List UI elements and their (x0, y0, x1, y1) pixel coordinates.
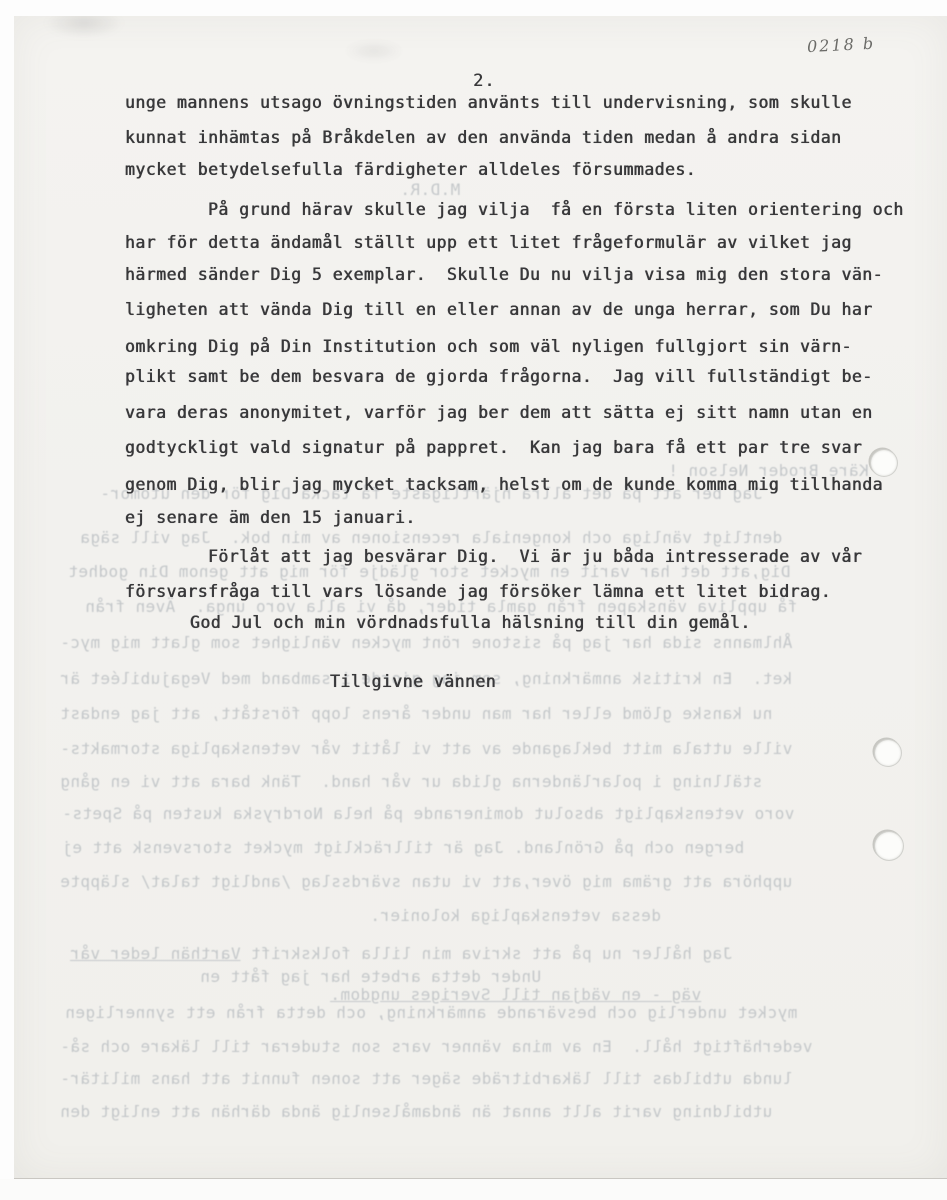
typed-line: vara deras anonymitet, varför jag ber de… (125, 403, 873, 422)
scan-smudge-above-page-number (344, 40, 404, 62)
scan-background-bottom (0, 1179, 947, 1200)
archival-number-handwritten: 0218 b (807, 31, 928, 56)
typed-line: omkring Dig på Din Institution och som v… (125, 337, 852, 356)
typed-line: Förlåt att jag besvärar Dig. Vi är ju bå… (208, 547, 862, 566)
typed-line: ej senare äm den 15 januari. (125, 508, 416, 527)
typed-line: På grund härav skulle jag vilja få en fö… (208, 200, 904, 219)
bleedthrough-ghost-line: lunda utbildas till läkarbiträde säger a… (60, 1069, 792, 1088)
bleedthrough-ghost-line: vederhäftigt håll. En av mina vänner var… (60, 1037, 812, 1056)
page-number: 2. (473, 71, 495, 91)
typed-line: försvarsfråga till vars lösande jag förs… (125, 582, 831, 601)
bleedthrough-ghost-line: mycket underlig och besvärande anmärknin… (65, 1003, 797, 1022)
punch-hole (870, 449, 898, 477)
bleedthrough-ghost-line: väg - en vädjan till Sveriges ungdom. (330, 985, 701, 1004)
typed-line: mycket betydelsefulla färdigheter alldel… (125, 160, 696, 179)
paper-sheet: M.D.R.Käre Broder Nelson !Jag ber att på… (14, 16, 947, 1179)
typed-line: kunnat inhämtas på Bråkdelen av den anvä… (125, 128, 842, 147)
bleedthrough-ghost-line: Jag håller nu på att skriva min lilla fo… (70, 944, 732, 963)
bleedthrough-ghost-line: ville uttala mitt beklagande av att vi l… (60, 739, 792, 758)
bleedthrough-ghost-line: Åhlmanns sida har jag på sistone rönt my… (60, 633, 792, 652)
typed-line: God Jul och min vördnadsfulla hälsning t… (190, 613, 751, 632)
typed-line: härmed sänder Dig 5 exemplar. Skulle Du … (125, 265, 883, 284)
bleedthrough-ghost-line: dessa vetenskapliga kolonier. (370, 906, 661, 925)
typed-line: plikt samt be dem besvara de gjorda fråg… (125, 367, 873, 386)
bleedthrough-ghost-line: Under detta arbete har jag fått en (200, 967, 541, 986)
scan-background-top (0, 0, 947, 16)
bleedthrough-ghost-line: voro vetenskapligt absolut dominerande p… (62, 804, 794, 823)
typed-line: ligheten att vända Dig till en eller ann… (125, 300, 873, 319)
bleedthrough-ghost-line: utbildning varit allt annat än ändamålse… (60, 1102, 772, 1121)
bleedthrough-ghost-line: M.D.R. (400, 180, 460, 199)
typed-line: genom Dig, blir jag mycket tacksam, hels… (125, 475, 883, 494)
bleedthrough-ghost-line: upphöra att gräma mig över,att vi utan s… (60, 872, 792, 891)
bleedthrough-ghost-line: nu kanske glömd eller har man under åren… (60, 704, 772, 723)
scan-background-left (0, 0, 14, 1200)
typed-line: har för detta ändamål ställt upp ett lit… (125, 233, 852, 252)
bleedthrough-ghost-line: dentligt vänliga och kongeniala recensio… (80, 528, 782, 547)
punch-hole (874, 739, 902, 767)
punch-hole (874, 831, 904, 861)
bleedthrough-ghost-line: ställning i polarländerna glida ur vår h… (60, 772, 762, 791)
scanned-letter-page: M.D.R.Käre Broder Nelson !Jag ber att på… (0, 0, 947, 1200)
typed-line: unge mannens utsago övningstiden använts… (125, 93, 852, 112)
typed-line: godtyckligt vald signatur på pappret. Ka… (125, 438, 862, 457)
bleedthrough-ghost-line: bergen och på Grönland. Jag är tillräckl… (62, 838, 744, 857)
typed-line: Tillgivne vännen (330, 672, 496, 691)
